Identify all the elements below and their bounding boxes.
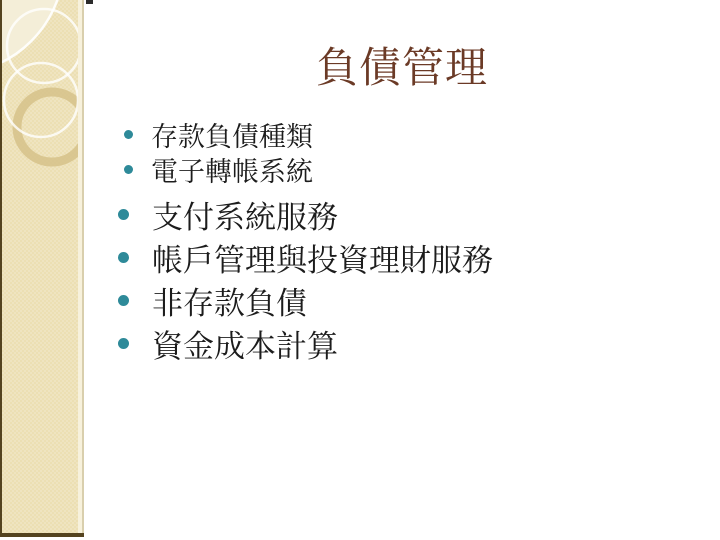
- bullet-text: 電子轉帳系統: [151, 150, 313, 189]
- bullet-item: 非存款負債: [118, 279, 710, 322]
- presentation-slide: 負債管理 存款負債種類 電子轉帳系統 支付系統服務 帳戶管理與投資理財服務 非存…: [0, 0, 720, 540]
- bullet-text: 存款負債種類: [151, 115, 313, 154]
- bullet-item: 電子轉帳系統: [118, 152, 710, 187]
- bullet-item: 存款負債種類: [118, 117, 710, 152]
- bullet-list: 存款負債種類 電子轉帳系統 支付系統服務 帳戶管理與投資理財服務 非存款負債 資…: [118, 117, 710, 365]
- sidebar-bottom-border: [0, 533, 84, 537]
- bullet-dot-icon: [118, 209, 129, 220]
- bullet-text: 資金成本計算: [152, 321, 338, 366]
- bullet-dot-icon: [118, 295, 129, 306]
- bullet-dot-icon: [124, 165, 133, 174]
- tan-ring: [17, 92, 78, 162]
- bullet-group-large: 支付系統服務 帳戶管理與投資理財服務 非存款負債 資金成本計算: [118, 193, 710, 365]
- bullet-text: 支付系統服務: [152, 192, 338, 237]
- slide-title: 負債管理: [84, 44, 720, 94]
- sidebar-left-edge: [0, 0, 2, 533]
- sidebar-decoration: [0, 0, 78, 533]
- bullet-dot-icon: [124, 130, 133, 139]
- sidebar-circles-graphic: [0, 0, 78, 533]
- bullet-item: 資金成本計算: [118, 322, 710, 365]
- bullet-item: 帳戶管理與投資理財服務: [118, 236, 710, 279]
- bullet-item: 支付系統服務: [118, 193, 710, 236]
- top-edge-artifact: [86, 0, 93, 4]
- bullet-text: 非存款負債: [152, 278, 307, 323]
- bullet-text: 帳戶管理與投資理財服務: [152, 235, 493, 280]
- bullet-dot-icon: [118, 338, 129, 349]
- bullet-dot-icon: [118, 252, 129, 263]
